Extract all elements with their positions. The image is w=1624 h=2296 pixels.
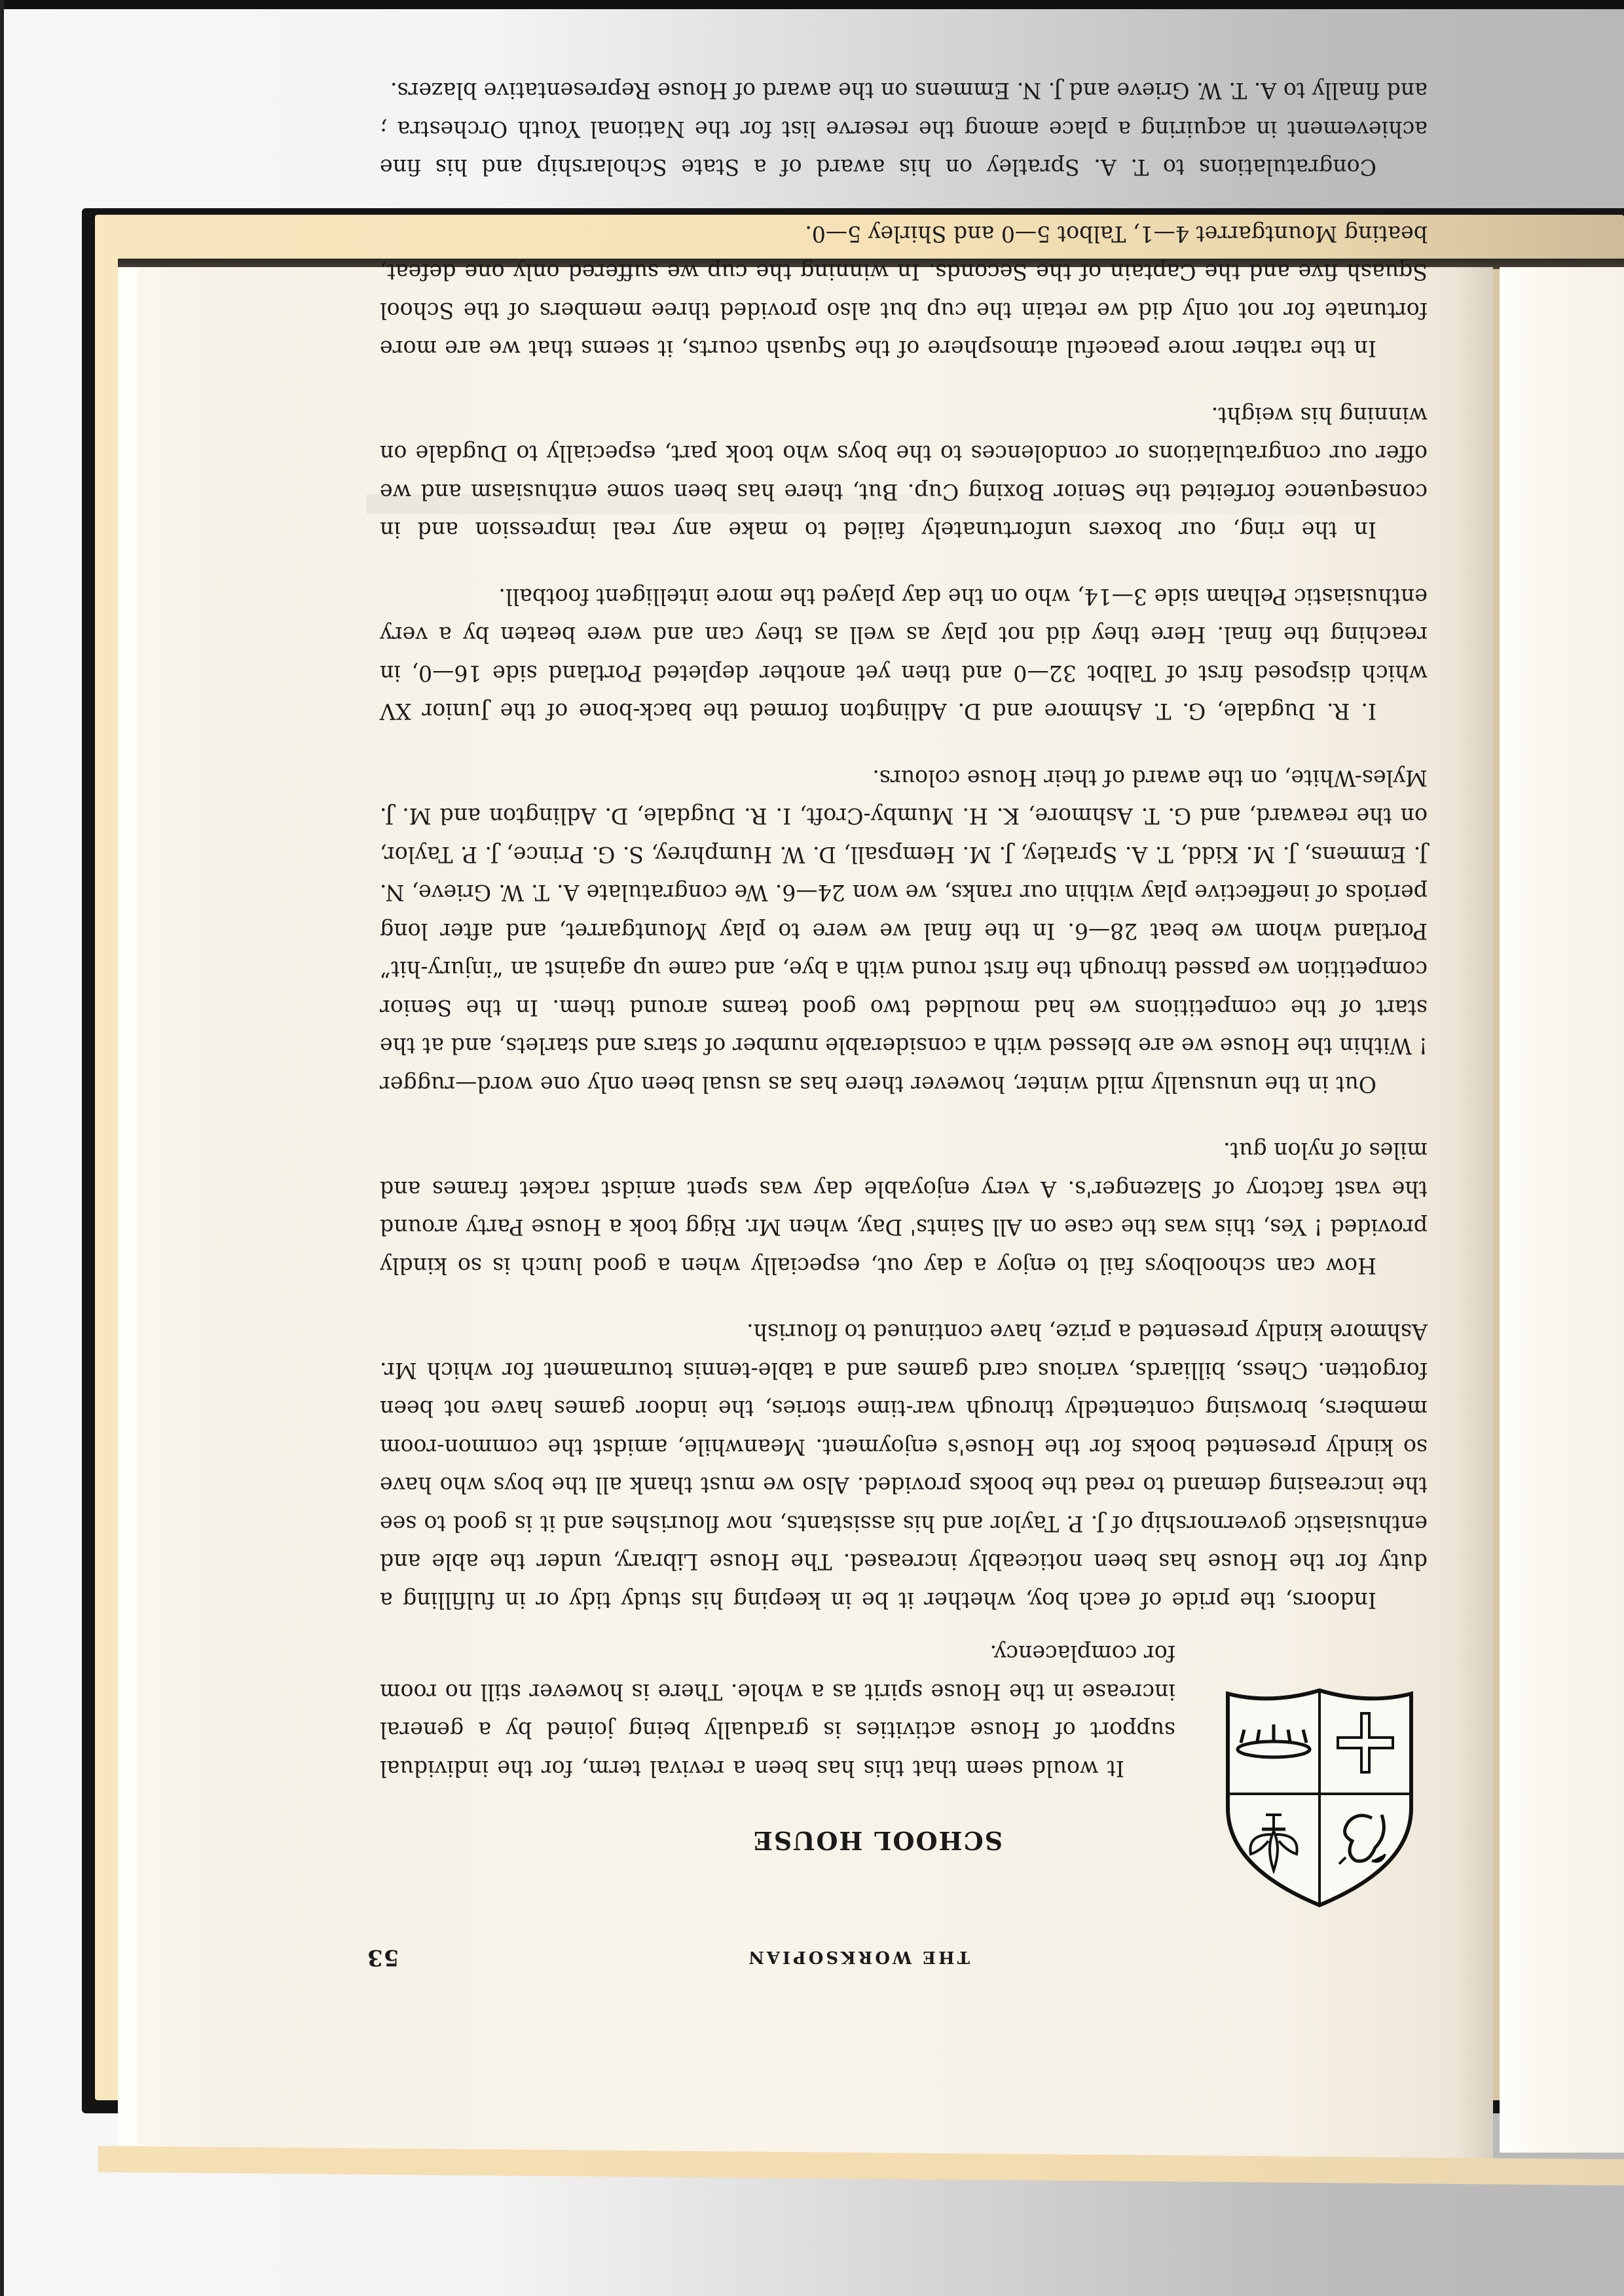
paragraph: In the rather more peaceful atmosphere o… bbox=[380, 215, 1428, 368]
page-content: 53 THE WORKSOPIAN SCHOOL HOUSE It wou bbox=[367, 511, 1428, 1971]
paragraph: I. R. Dugdale, G. T. Ashmore and D. Adli… bbox=[380, 577, 1428, 731]
paragraph: Indoors, the pride of each boy, whether … bbox=[380, 1313, 1428, 1619]
paragraph: In the ring, our boxers unfortunately fa… bbox=[380, 396, 1428, 549]
scanner-edge-left bbox=[0, 0, 4, 2296]
running-head: 53 THE WORKSOPIAN bbox=[367, 1944, 1428, 1971]
paragraph: Congratulations to T. A. Spratley on his… bbox=[380, 71, 1428, 187]
article-body: It would seem that this has been a reviv… bbox=[380, 43, 1428, 1787]
journal-title: THE WORKSOPIAN bbox=[367, 1947, 1428, 1967]
page-edge bbox=[118, 267, 138, 2159]
facing-page-edge bbox=[1500, 267, 1624, 2153]
scanner-edge bbox=[0, 0, 1624, 9]
paragraph: Out in the unusually mild winter, howeve… bbox=[380, 759, 1428, 1104]
paragraph: It would seem that this has been a reviv… bbox=[380, 1634, 1175, 1787]
paragraph: How can schoolboys fail to enjoy a day o… bbox=[380, 1131, 1428, 1285]
